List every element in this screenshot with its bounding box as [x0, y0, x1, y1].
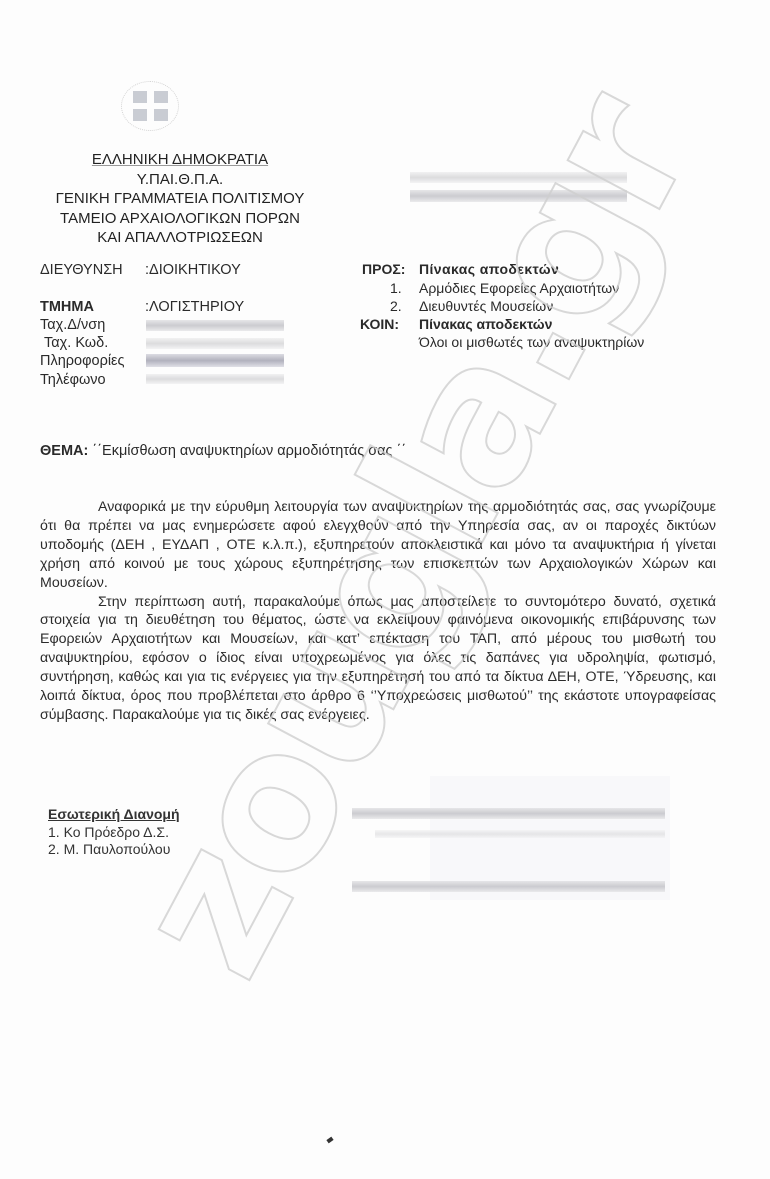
to-item: Αρμόδιες Εφορείες Αρχαιοτήτων — [419, 280, 619, 296]
subject-label: ΘΕΜΑ: — [40, 443, 88, 459]
address-label: Ταχ.Δ/νση — [40, 317, 105, 333]
internal-distribution-title: Εσωτερική Διανομή — [48, 806, 180, 824]
redacted-protocol-number — [410, 190, 627, 202]
internal-distribution: Εσωτερική Διανομή 1. Κο Πρόεδρο Δ.Σ. 2. … — [48, 806, 180, 859]
body-paragraph: Στην περίπτωση αυτή, παρακαλούμε όπως μα… — [40, 593, 716, 725]
cc-text: Όλοι οι μισθωτές των αναψυκτηρίων — [419, 334, 644, 350]
letterhead: ΕΛΛΗΝΙΚΗ ΔΗΜΟΚΡΑΤΙΑ Υ.ΠΑΙ.Θ.Π.Α. ΓΕΝΙΚΗ … — [30, 150, 330, 248]
emblem-quadrant — [154, 91, 168, 103]
redacted-contact-person — [146, 354, 284, 367]
to-item-number: 2. — [390, 298, 402, 314]
emblem-quadrant — [154, 109, 168, 121]
cc-title: Πίνακας αποδεκτών — [419, 316, 552, 332]
info-label: Πληροφορίες — [40, 353, 125, 369]
redacted-signatory-name — [352, 881, 665, 892]
distribution-item: 1. Κο Πρόεδρο Δ.Σ. — [48, 824, 180, 842]
directorate-label: ΔΙΕΥΘΥΝΣΗ — [40, 262, 123, 278]
subject-text: ΄΄Εκμίσθωση αναψυκτηρίων αρμοδιότητάς σα… — [92, 443, 406, 459]
redacted-address — [146, 320, 284, 331]
emblem-quadrant — [133, 109, 147, 121]
department-value: :ΛΟΓΙΣΤΗΡΙΟΥ — [145, 299, 244, 315]
letterhead-line: ΓΕΝΙΚΗ ΓΡΑΜΜΑΤΕΙΑ ΠΟΛΙΤΙΣΜΟΥ — [30, 189, 330, 209]
redacted-signatory-title — [352, 808, 665, 819]
letterhead-line: ΤΑΜΕΙΟ ΑΡΧΑΙΟΛΟΓΙΚΩΝ ΠΟΡΩΝ — [30, 209, 330, 229]
letterhead-line: Υ.ΠΑΙ.Θ.Π.Α. — [30, 170, 330, 190]
scan-artifact — [326, 1137, 333, 1144]
to-item-number: 1. — [390, 280, 402, 296]
coat-of-arms-icon — [127, 87, 173, 125]
subject-line: ΘΕΜΑ: ΄΄Εκμίσθωση αναψυκτηρίων αρμοδιότη… — [40, 443, 406, 459]
letterhead-line: ΚΑΙ ΑΠΑΛΛΟΤΡΙΩΣΕΩΝ — [30, 228, 330, 248]
redacted-signature — [375, 830, 665, 838]
redacted-postcode — [146, 338, 284, 349]
emblem-quadrant — [133, 91, 147, 103]
directorate-value: :ΔΙΟΙΚΗΤΙΚΟΥ — [145, 262, 241, 278]
redacted-phone — [146, 374, 284, 384]
to-label: ΠΡΟΣ: — [362, 261, 405, 277]
redacted-protocol-date — [410, 172, 627, 183]
to-title: Πίνακας αποδεκτών — [419, 261, 559, 277]
department-label: ΤΜΗΜΑ — [40, 299, 94, 315]
cc-label: ΚΟΙΝ: — [360, 316, 399, 332]
to-item: Διευθυντές Μουσείων — [419, 298, 553, 314]
letter-body: Αναφορικά με την εύρυθμη λειτουργία των … — [40, 498, 716, 725]
phone-label: Τηλέφωνο — [40, 372, 106, 388]
distribution-item: 2. Μ. Παυλοπούλου — [48, 841, 180, 859]
letterhead-line: ΕΛΛΗΝΙΚΗ ΔΗΜΟΚΡΑΤΙΑ — [30, 150, 330, 170]
emblem-border — [121, 81, 179, 131]
postcode-label: Ταχ. Κωδ. — [44, 335, 108, 351]
body-paragraph: Αναφορικά με την εύρυθμη λειτουργία των … — [40, 498, 716, 593]
